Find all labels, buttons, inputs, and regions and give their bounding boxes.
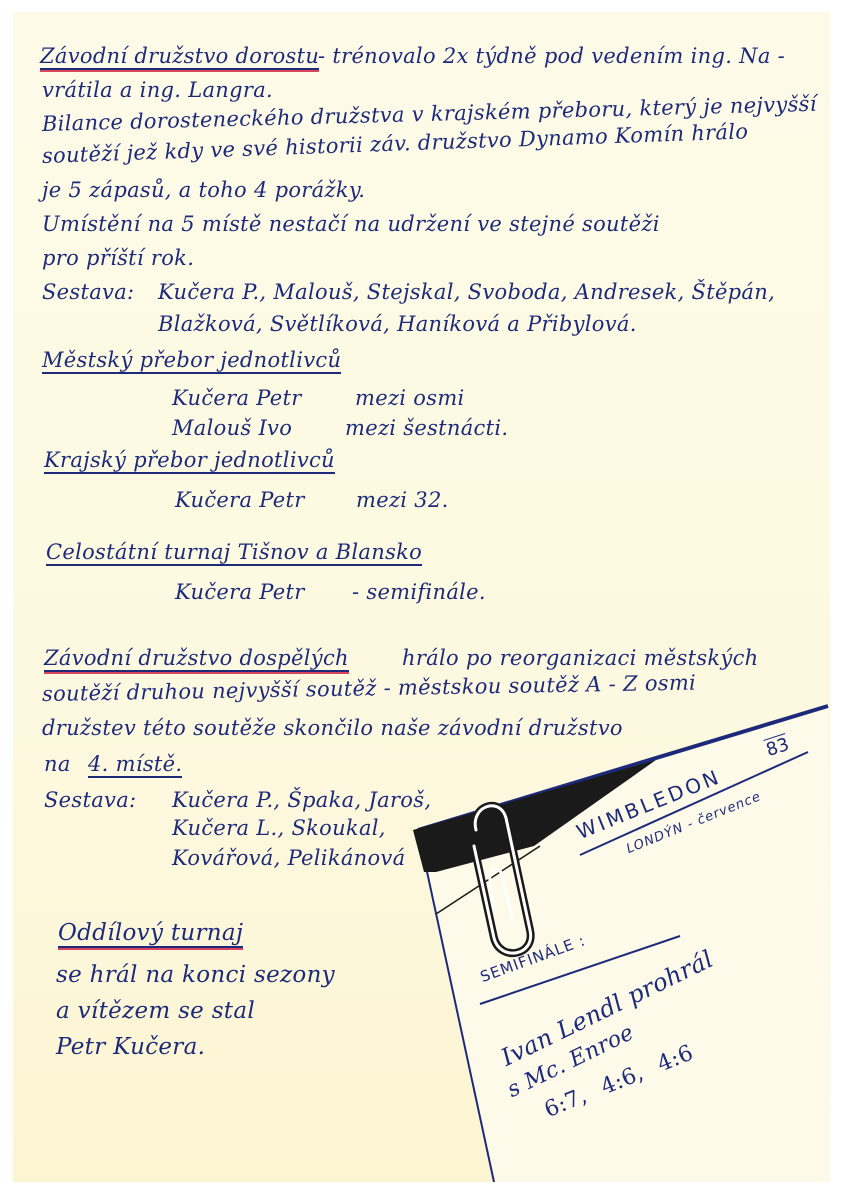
lineup-line: Blažková, Světlíková, Haníková a Přibylo… [158, 314, 637, 335]
player-name: Kučera Petr [175, 582, 305, 603]
player-name: Kučera Petr [175, 490, 305, 511]
lineup-line: Kučera P., Malouš, Stejskal, Svoboda, An… [158, 282, 775, 303]
section-heading: Celostátní turnaj Tišnov a Blansko [46, 542, 422, 566]
section-heading: Městský přebor jednotlivců [42, 350, 341, 374]
paragraph-line: hrálo po reorganizaci městských [402, 648, 758, 669]
paragraph-line: - trénovalo 2x týdně pod vedením ing. Na… [318, 46, 785, 67]
place-prefix: na [44, 754, 71, 775]
player-name: Malouš Ivo [172, 418, 292, 439]
paragraph-line: Petr Kučera. [56, 1036, 205, 1059]
lineup-label: Sestava: [42, 282, 134, 303]
paragraph-line: vrátila a ing. Langra. [42, 80, 273, 101]
paragraph-line: je 5 zápasů, a toho 4 porážky. [42, 180, 365, 201]
lineup-line: Kučera L., Skoukal, [172, 818, 386, 839]
lineup-line: Kučera P., Špaka, Jaroš, [172, 790, 431, 811]
paragraph-line: Umístění na 5 místě nestačí na udržení v… [42, 214, 660, 235]
paragraph-line: a vítězem se stal [56, 1000, 255, 1023]
player-result: - semifinále. [352, 582, 486, 603]
final-place: 4. místě. [88, 754, 182, 778]
paragraph-line: družstev této soutěže skončilo naše závo… [42, 718, 623, 739]
paragraph-line: se hrál na konci sezony [56, 964, 335, 987]
player-name: Kučera Petr [172, 388, 302, 409]
section-heading: Krajský přebor jednotlivců [44, 450, 335, 474]
player-result: mezi šestnácti. [345, 418, 508, 439]
section-heading: Oddílový turnaj [58, 922, 243, 948]
section-heading: Závodní družstvo dorostu [40, 46, 319, 70]
section-heading: Závodní družstvo dospělých [44, 648, 349, 672]
paragraph-line: pro příští rok. [42, 248, 194, 269]
lineup-label: Sestava: [44, 790, 136, 811]
player-result: mezi osmi [355, 388, 465, 409]
player-result: mezi 32. [356, 490, 449, 511]
lineup-line: Kovářová, Pelikánová [172, 848, 405, 869]
